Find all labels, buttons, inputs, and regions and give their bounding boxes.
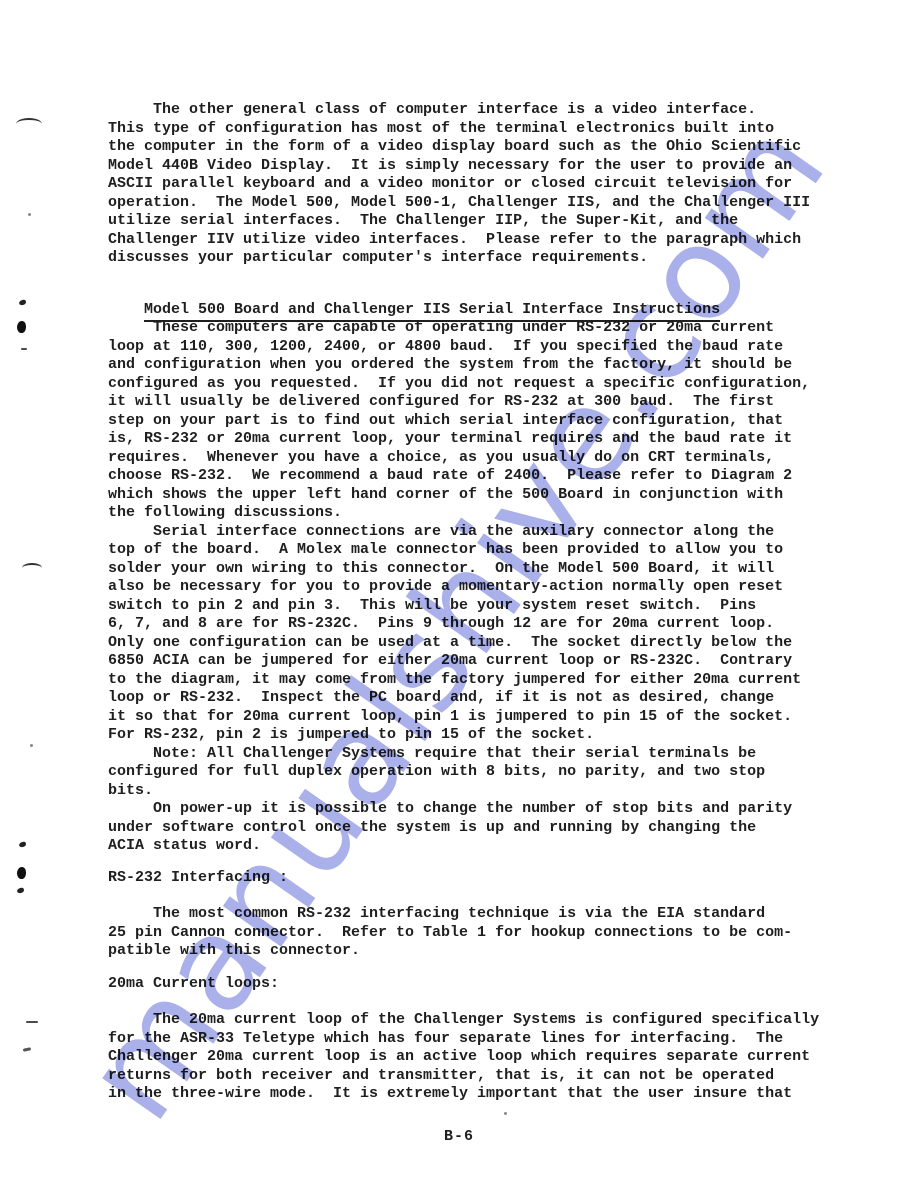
current-loops-heading: 20ma Current loops:	[108, 975, 279, 992]
text-line: loop or RS-232. Inspect the PC board and…	[108, 689, 810, 708]
text-line: and configuration when you ordered the s…	[108, 356, 810, 375]
text-line: solder your own wiring to this connector…	[108, 560, 810, 579]
text-line: it will usually be delivered configured …	[108, 393, 810, 412]
text-line: Note: All Challenger Systems require tha…	[108, 745, 810, 764]
scanned-manual-page: The other general class of computer inte…	[0, 0, 918, 1188]
text-line: the following discussions.	[108, 504, 810, 523]
text-line: configured as you requested. If you did …	[108, 375, 810, 394]
intro-paragraph: The other general class of computer inte…	[108, 101, 810, 268]
text-line: These computers are capable of operating…	[108, 319, 810, 338]
scan-speck	[16, 118, 42, 130]
scan-speck	[18, 299, 26, 306]
scan-speck	[26, 1021, 38, 1023]
text-line: it so that for 20ma current loop, pin 1 …	[108, 708, 810, 727]
text-line: Only one configuration can be used at a …	[108, 634, 810, 653]
text-line: also be necessary for you to provide a m…	[108, 578, 810, 597]
current-loops-paragraph: The 20ma current loop of the Challenger …	[108, 1011, 819, 1104]
text-line: bits.	[108, 782, 810, 801]
text-line: loop at 110, 300, 1200, 2400, or 4800 ba…	[108, 338, 810, 357]
scan-speck	[16, 887, 24, 894]
scan-speck	[17, 867, 26, 879]
scan-speck	[18, 841, 26, 848]
scan-speck	[504, 1112, 507, 1115]
text-line: ASCII parallel keyboard and a video moni…	[108, 175, 810, 194]
text-line: which shows the upper left hand corner o…	[108, 486, 810, 505]
text-line: utilize serial interfaces. The Challenge…	[108, 212, 810, 231]
text-line: requires. Whenever you have a choice, as…	[108, 449, 810, 468]
text-line: to the diagram, it may come from the fac…	[108, 671, 810, 690]
text-line: This type of configuration has most of t…	[108, 120, 810, 139]
text-line: ACIA status word.	[108, 837, 810, 856]
text-line: The other general class of computer inte…	[108, 101, 810, 120]
page-number: B-6	[0, 1128, 918, 1145]
text-line: choose RS-232. We recommend a baud rate …	[108, 467, 810, 486]
text-line: switch to pin 2 and pin 3. This will be …	[108, 597, 810, 616]
rs232-interfacing-heading: RS-232 Interfacing :	[108, 869, 288, 886]
text-line: Challenger IIV utilize video interfaces.…	[108, 231, 810, 250]
text-line: configured for full duplex operation wit…	[108, 763, 810, 782]
text-line: the computer in the form of a video disp…	[108, 138, 810, 157]
text-line: 6850 ACIA can be jumpered for either 20m…	[108, 652, 810, 671]
text-line: 6, 7, and 8 are for RS-232C. Pins 9 thro…	[108, 615, 810, 634]
scan-speck	[17, 321, 26, 333]
serial-instructions-paragraph: These computers are capable of operating…	[108, 319, 810, 856]
text-line: operation. The Model 500, Model 500-1, C…	[108, 194, 810, 213]
scan-speck	[22, 563, 42, 573]
text-line: On power-up it is possible to change the…	[108, 800, 810, 819]
text-line: The 20ma current loop of the Challenger …	[108, 1011, 819, 1030]
text-line: step on your part is to find out which s…	[108, 412, 810, 431]
text-line: under software control once the system i…	[108, 819, 810, 838]
text-line: is, RS-232 or 20ma current loop, your te…	[108, 430, 810, 449]
text-line: in the three-wire mode. It is extremely …	[108, 1085, 819, 1104]
text-line: The most common RS-232 interfacing techn…	[108, 905, 792, 924]
scan-speck	[30, 744, 33, 747]
scan-speck	[28, 213, 31, 216]
text-line: for the ASR-33 Teletype which has four s…	[108, 1030, 819, 1049]
scan-speck	[21, 348, 27, 350]
text-line: returns for both receiver and transmitte…	[108, 1067, 819, 1086]
text-line: top of the board. A Molex male connector…	[108, 541, 810, 560]
text-line: Model 440B Video Display. It is simply n…	[108, 157, 810, 176]
text-line: Serial interface connections are via the…	[108, 523, 810, 542]
rs232-paragraph: The most common RS-232 interfacing techn…	[108, 905, 792, 961]
scan-speck	[23, 1047, 31, 1052]
text-line: For RS-232, pin 2 is jumpered to pin 15 …	[108, 726, 810, 745]
text-line: discusses your particular computer's int…	[108, 249, 810, 268]
text-line: Challenger 20ma current loop is an activ…	[108, 1048, 819, 1067]
text-line: patible with this connector.	[108, 942, 792, 961]
text-line: 25 pin Cannon connector. Refer to Table …	[108, 924, 792, 943]
